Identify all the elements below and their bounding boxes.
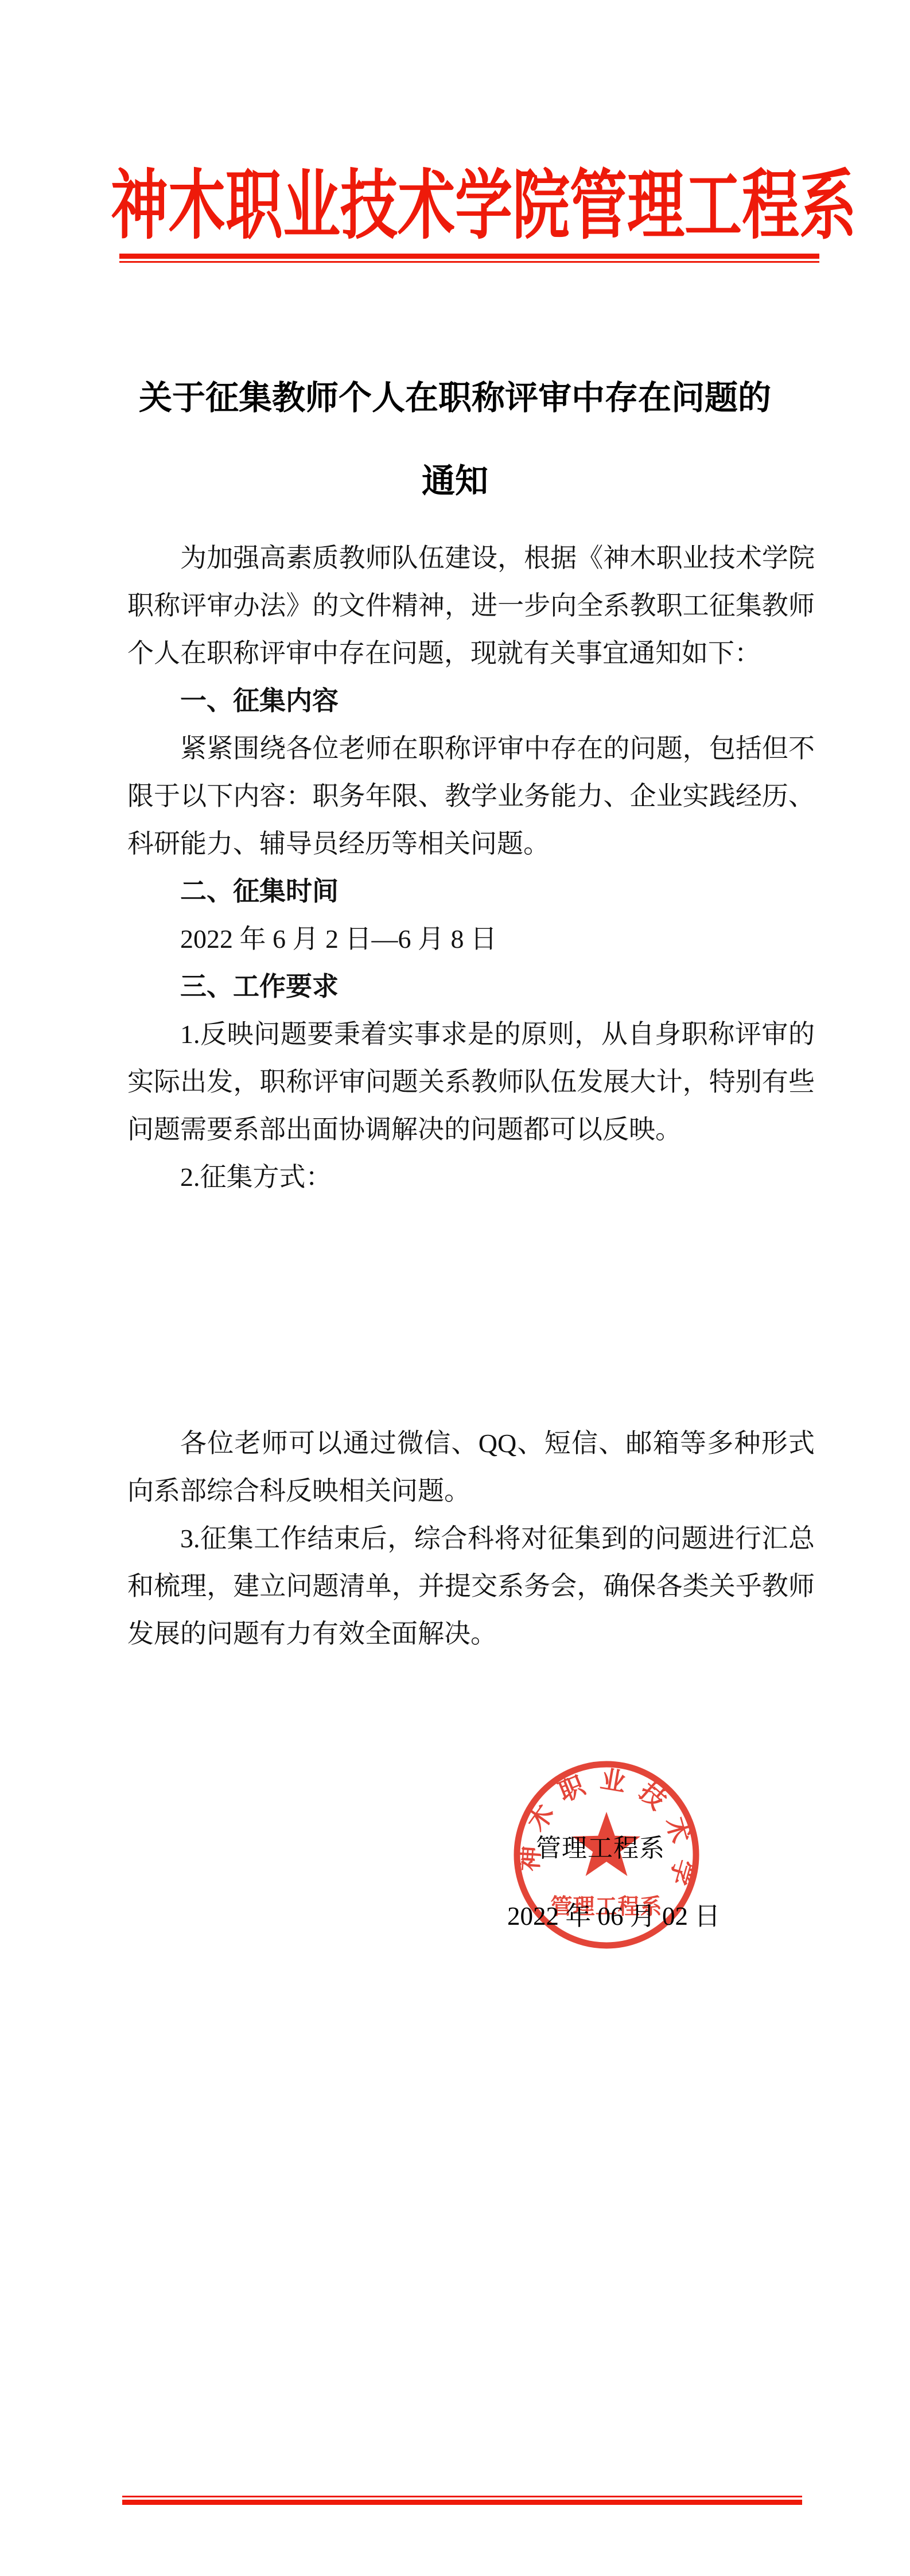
section-heading-3: 三、工作要求 [127, 963, 815, 1010]
letterhead-org-name: 神木职业技术学院管理工程系 [111, 145, 799, 254]
document-body: 为加强高素质教师队伍建设，根据《神木职业技术学院职称评审办法》的文件精神，进一步… [127, 534, 815, 1657]
body-paragraph-content: 紧紧围绕各位老师在职称评审中存在的问题，包括但不限于以下内容：职务年限、教学业务… [127, 725, 815, 867]
letterhead-rule [119, 254, 819, 263]
body-paragraph-req-2-cont: 各位老师可以通过微信、QQ、短信、邮箱等多种形式向系部综合科反映相关问题。 [127, 1419, 815, 1515]
body-paragraph-req-1: 1.反映问题要秉着实事求是的原则，从自身职称评审的实际出发，职称评审问题关系教师… [127, 1010, 815, 1153]
document-title: 关于征集教师个人在职称评审中存在问题的 通知 [111, 356, 799, 523]
rule-thin-bar [119, 261, 819, 263]
body-paragraph-req-2: 2.征集方式： [127, 1153, 815, 1201]
body-paragraph-req-3: 3.征集工作结束后，综合科将对征集到的问题进行汇总和梳理，建立问题清单，并提交系… [127, 1515, 815, 1657]
section-heading-1: 一、征集内容 [127, 677, 815, 725]
footer-rule [122, 2496, 802, 2505]
section-heading-2: 二、征集时间 [127, 867, 815, 915]
signature-department: 管理工程系 [536, 1827, 674, 1864]
rule-thick-bar [119, 254, 819, 259]
blank-image-gap [127, 1201, 815, 1419]
body-paragraph-dates: 2022 年 6 月 2 日—6 月 8 日 [127, 915, 815, 963]
document-title-line1: 关于征集教师个人在职称评审中存在问题的 [111, 356, 799, 439]
rule-thick-bar [122, 2500, 802, 2505]
document-title-line2: 通知 [111, 439, 799, 523]
document-page: 神木职业技术学院管理工程系 关于征集教师个人在职称评审中存在问题的 通知 为加强… [0, 0, 910, 2576]
body-paragraph-intro: 为加强高素质教师队伍建设，根据《神木职业技术学院职称评审办法》的文件精神，进一步… [127, 534, 815, 677]
signature-date: 2022 年 06 月 02 日 [507, 1895, 737, 1932]
